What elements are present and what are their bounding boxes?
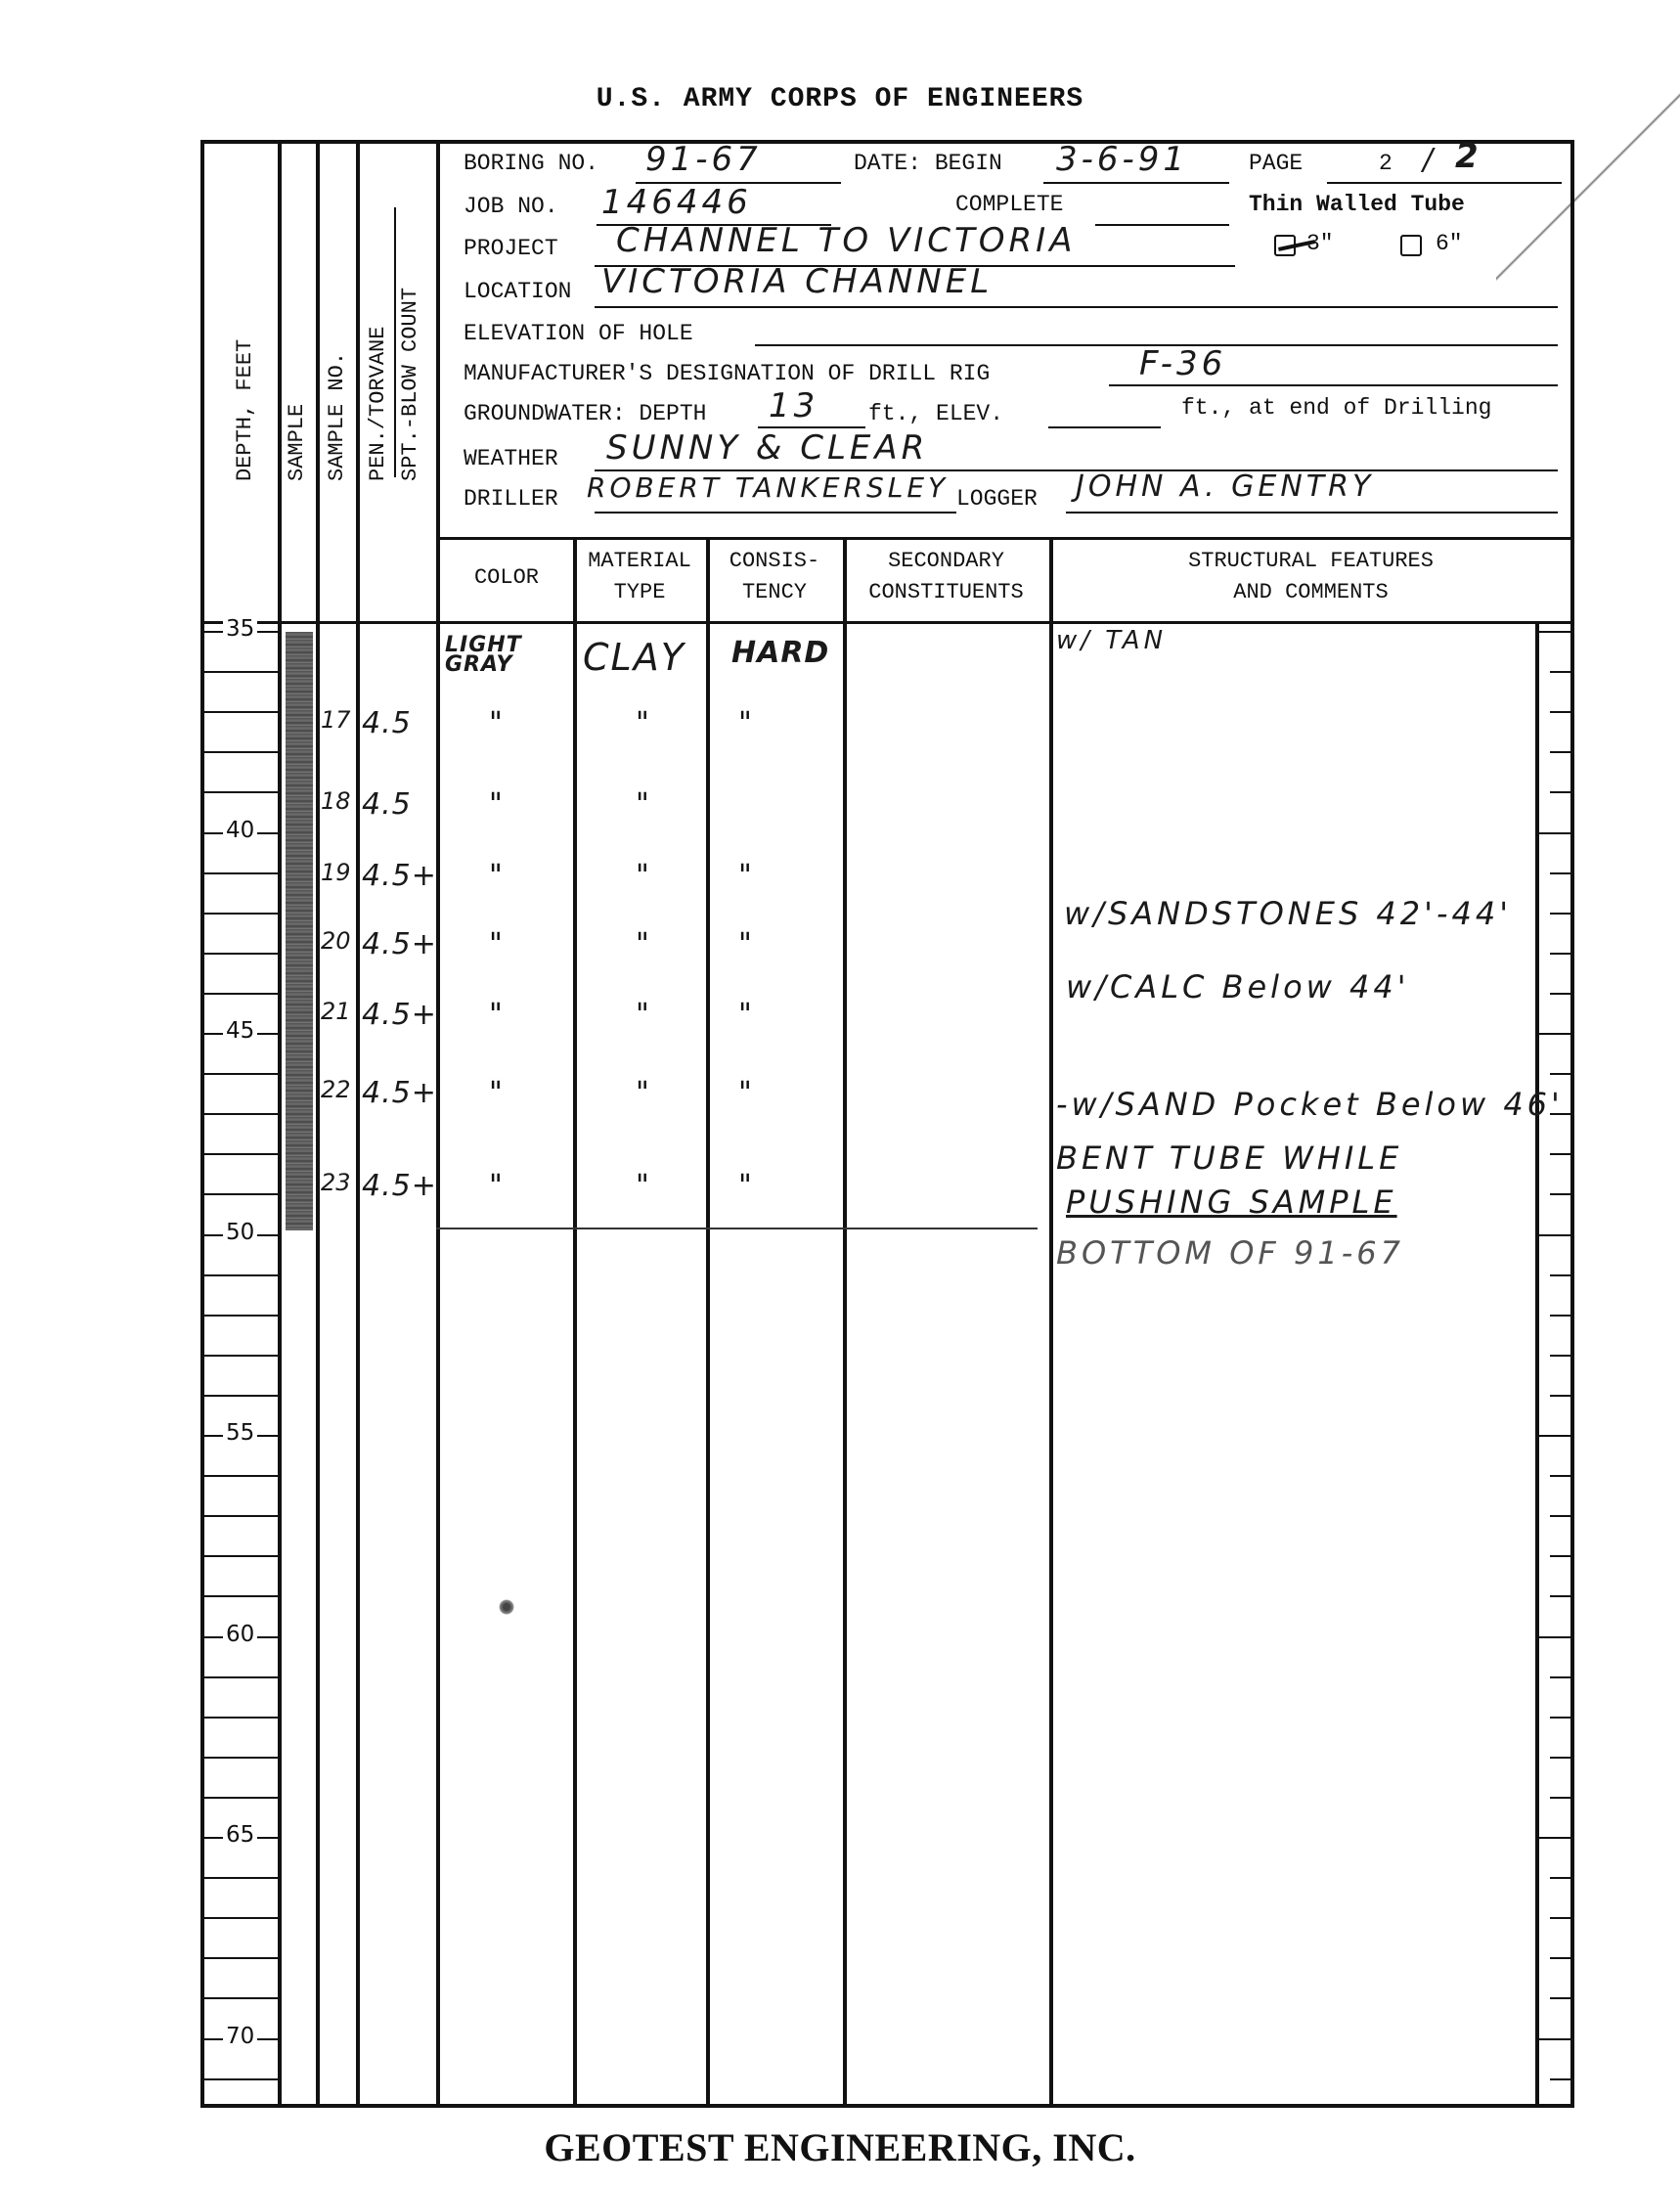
column-header-color: COLOR [440,562,573,594]
weather-label: WEATHER [464,446,558,471]
boring-no-label: BORING NO. [464,151,598,176]
logger-field[interactable]: JOHN A. GENTRY [1076,469,1374,504]
right-depth-tick [1550,1797,1570,1799]
color-ditto-cell: " [489,1076,503,1110]
right-depth-tick [1539,631,1570,633]
material-ditto-cell: " [636,787,649,822]
right-depth-tick [1550,872,1570,874]
location-field[interactable]: VICTORIA CHANNEL [601,262,993,301]
page-total[interactable]: 2 [1455,137,1482,176]
job-no-field[interactable]: 146446 [601,183,752,222]
right-depth-tick [1550,1355,1570,1357]
comment-pushing-sample: PUSHING SAMPLE [1066,1183,1397,1221]
date-begin-field[interactable]: 3-6-91 [1056,140,1188,179]
driller-line [595,512,956,514]
sample-number-cell: 19 [321,859,351,886]
pen-torvane-cell: 4.5+ [362,859,437,893]
column-header-material: MATERIAL TYPE [573,546,706,608]
material-ditto-cell: " [636,1169,649,1203]
depth-tick [204,1515,278,1517]
page-separator: / [1423,143,1437,177]
consistency-ditto-cell: " [738,706,752,740]
drill-rig-line [1109,384,1558,386]
column-header-secondary: SECONDARY CONSTITUENTS [843,546,1049,608]
header-row-bottom [200,621,1574,624]
structural-header-line-1: STRUCTURAL FEATURES [1049,546,1572,577]
project-label: PROJECT [464,236,558,261]
right-depth-tick [1539,1636,1570,1638]
material-ditto-cell: " [636,706,649,740]
material-ditto-cell: " [636,859,649,893]
secondary-header-line-2: CONSTITUENTS [843,577,1049,608]
depth-tick [204,993,278,995]
header-row-top [436,537,1572,540]
column-header-consistency: CONSIS- TENCY [706,546,843,608]
right-depth-tick [1550,1997,1570,1999]
right-depth-tick [1550,1193,1570,1195]
divider-structural-ticks [1535,621,1539,2106]
material-ditto-cell: " [636,1076,649,1110]
right-depth-tick [1550,1073,1570,1075]
groundwater-label: GROUNDWATER: DEPTH [464,401,706,426]
sample-number-cell: 18 [321,787,351,815]
end-of-boring-line [436,1228,1038,1229]
pen-torvane-cell: 4.5 [362,706,412,740]
right-depth-tick [1550,2078,1570,2080]
driller-field[interactable]: ROBERT TANKERSLEY [587,471,949,504]
depth-tick [204,1877,278,1879]
depth-tick [204,953,278,955]
right-depth-tick [1539,1234,1570,1236]
depth-label: 40 [223,818,257,843]
right-depth-tick [1550,1717,1570,1719]
depth-label: 65 [223,1822,257,1848]
secondary-header-line-1: SECONDARY [843,546,1049,577]
color-cell: LIGHT GRAY [445,636,562,675]
right-depth-tick [1550,1595,1570,1597]
page-line [1327,182,1562,184]
thin-walled-tube-label: Thin Walled Tube [1249,192,1465,217]
column-header-sample-no: SAMPLE NO. [325,352,349,481]
material-header-line-1: MATERIAL [573,546,706,577]
tube-3in-checkbox[interactable] [1274,235,1296,256]
depth-tick [204,1073,278,1075]
sample-number-cell: 17 [321,706,351,734]
comment-sandstones: w/SANDSTONES 42'-44' [1064,895,1512,932]
right-depth-tick [1550,953,1570,955]
depth-label: 60 [223,1622,257,1647]
location-label: LOCATION [464,279,571,304]
logger-line [1066,512,1558,514]
depth-tick [204,1595,278,1597]
divider-material-consistency [706,537,710,2106]
right-depth-tick [1539,2038,1570,2040]
drill-rig-label: MANUFACTURER'S DESIGNATION OF DRILL RIG [464,361,990,386]
scan-speck [499,1599,514,1615]
weather-field[interactable]: SUNNY & CLEAR [606,428,928,468]
right-depth-tick [1550,1315,1570,1317]
pen-torvane-cell: 4.5 [362,787,412,822]
depth-tick [204,1113,278,1115]
boring-no-field[interactable]: 91-67 [645,140,762,179]
material-ditto-cell: " [636,927,649,961]
depth-tick [204,1997,278,1999]
consistency-header-line-2: TENCY [706,577,843,608]
right-depth-tick [1550,751,1570,753]
depth-tick [204,1193,278,1195]
depth-tick [204,1797,278,1799]
consistency-header-line-1: CONSIS- [706,546,843,577]
logger-label: LOGGER [956,486,1038,512]
location-line [595,306,1558,308]
sample-number-cell: 20 [321,927,351,955]
pen-torvane-cell: 4.5+ [362,1169,437,1203]
depth-tick [204,1274,278,1276]
pen-torvane-cell: 4.5+ [362,998,437,1032]
right-depth-tick [1550,1515,1570,1517]
pen-torvane-cell: 4.5+ [362,927,437,961]
groundwater-elev-label: ft., ELEV. [868,401,1003,426]
right-depth-tick [1550,1555,1570,1557]
color-ditto-cell: " [489,787,503,822]
right-depth-tick [1550,1475,1570,1477]
comment-tan: w/ TAN [1056,626,1167,655]
right-depth-tick [1550,791,1570,793]
sample-number-cell: 23 [321,1169,351,1196]
right-depth-tick [1550,1917,1570,1919]
pen-torvane-cell: 4.5+ [362,1076,437,1110]
consistency-ditto-cell: " [738,1169,752,1203]
comment-bent-tube: BENT TUBE WHILE [1056,1139,1402,1177]
depth-tick [204,751,278,753]
comment-calc: w/CALC Below 44' [1066,968,1410,1005]
divider-secondary-structural [1049,537,1053,2106]
depth-tick [204,1395,278,1397]
depth-label: 55 [223,1420,257,1446]
structural-header-line-2: AND COMMENTS [1049,577,1572,608]
company-footer: GEOTEST ENGINEERING, INC. [0,2124,1680,2170]
divider-sampleno-pen [356,142,360,2106]
consistency-ditto-cell: " [738,859,752,893]
right-depth-tick [1550,671,1570,673]
depth-label: 70 [223,2024,257,2049]
material-ditto-cell: " [636,998,649,1032]
consistency-ditto-cell: " [738,998,752,1032]
groundwater-end-label: ft., at end of Drilling [1181,395,1491,421]
divider-consistency-secondary [843,537,847,2106]
groundwater-depth-field[interactable]: 13 [769,386,818,425]
color-ditto-cell: " [489,1169,503,1203]
depth-tick [204,2078,278,2080]
complete-line [1095,224,1229,226]
depth-tick [204,1475,278,1477]
comment-sand-pocket: -w/SAND Pocket Below 46' [1056,1086,1564,1123]
right-depth-tick [1539,832,1570,834]
column-header-depth: DEPTH, FEET [233,339,257,481]
right-depth-tick [1550,1676,1570,1678]
right-depth-tick [1550,993,1570,995]
depth-tick [204,1153,278,1155]
comment-bottom-of-boring: BOTTOM OF 91-67 [1056,1234,1404,1272]
column-header-sample: SAMPLE [285,404,309,481]
consistency-ditto-cell: " [738,1076,752,1110]
depth-tick [204,671,278,673]
divider-pen-form [436,142,440,2106]
color-ditto-cell: " [489,998,503,1032]
material-header-line-2: TYPE [573,577,706,608]
color-ditto-cell: " [489,927,503,961]
complete-label: COMPLETE [955,192,1063,217]
divider-color-material [573,537,577,2106]
right-depth-tick [1550,1757,1570,1759]
depth-tick [204,1315,278,1317]
depth-tick [204,872,278,874]
column-header-spt-blow-count: SPT.-BLOW COUNT [398,288,422,481]
right-depth-tick [1550,1274,1570,1276]
depth-tick [204,1917,278,1919]
elevation-label: ELEVATION OF HOLE [464,321,693,346]
right-depth-tick [1539,1837,1570,1839]
depth-tick [204,1717,278,1719]
page-current: 2 [1379,151,1393,176]
pen-spt-divider [394,207,396,477]
consistency-cell: HARD [731,636,829,670]
color-ditto-cell: " [489,706,503,740]
column-header-pen-torvane: PEN./TORVANE [366,327,390,481]
depth-tick [204,1555,278,1557]
divider-depth-sample [278,142,282,2106]
driller-label: DRILLER [464,486,558,512]
depth-tick [204,1957,278,1959]
depth-tick [204,711,278,713]
date-begin-label: DATE: BEGIN [854,151,1002,176]
depth-tick [204,1355,278,1357]
column-header-structural: STRUCTURAL FEATURES AND COMMENTS [1049,546,1572,608]
groundwater-elev-line [1048,426,1161,428]
depth-label: 50 [223,1220,257,1245]
sample-number-cell: 22 [321,1076,351,1103]
depth-tick [204,1676,278,1678]
right-depth-tick [1550,1877,1570,1879]
color-ditto-cell: " [489,859,503,893]
tube-3in-label: 3" [1306,231,1334,256]
page-label: PAGE [1249,151,1303,176]
tube-6in-checkbox[interactable] [1400,235,1422,256]
right-depth-tick [1539,1033,1570,1035]
material-cell: CLAY [583,636,685,679]
right-depth-tick [1539,1435,1570,1437]
right-depth-tick [1550,913,1570,915]
date-begin-line [1043,182,1229,184]
job-no-label: JOB NO. [464,194,558,219]
sample-core-graphic [286,632,313,1230]
project-field[interactable]: CHANNEL TO VICTORIA [616,221,1076,260]
divider-sample-sampleno [316,142,320,2106]
consistency-ditto-cell: " [738,927,752,961]
agency-title: U.S. ARMY CORPS OF ENGINEERS [0,84,1680,114]
sample-number-cell: 21 [321,998,351,1025]
depth-tick [204,1757,278,1759]
depth-label: 35 [223,616,257,642]
tube-6in-label: 6" [1436,231,1463,256]
drill-rig-field[interactable]: F-36 [1139,344,1226,383]
depth-tick [204,791,278,793]
right-depth-tick [1550,711,1570,713]
depth-label: 45 [223,1018,257,1044]
right-depth-tick [1550,1395,1570,1397]
right-depth-tick [1550,1957,1570,1959]
right-depth-tick [1550,1153,1570,1155]
depth-tick [204,913,278,915]
